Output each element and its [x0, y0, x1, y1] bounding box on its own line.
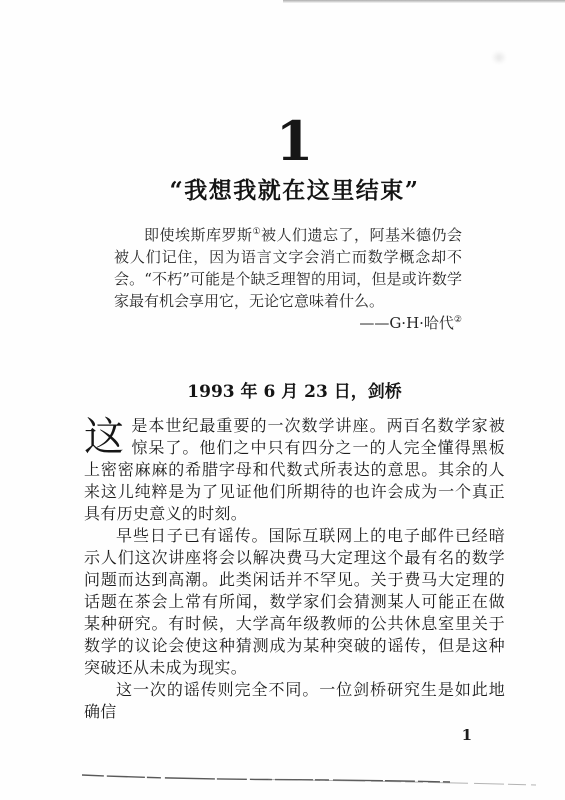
body-text: 这是本世纪最重要的一次数学讲座。两百名数学家被惊呆了。他们之中只有四分之一的人完… — [84, 415, 505, 723]
footnote-marker-2: ② — [454, 315, 462, 325]
epigraph-text-before-note: 即使埃斯库罗斯 — [144, 226, 252, 244]
attribution-name: ——G·H·哈代 — [359, 314, 454, 332]
page-content: 1 “我想我就在这里结束” 即使埃斯库罗斯①被人们遗忘了，阿基米德仍会被人们记住… — [84, 0, 505, 744]
paragraph-3: 这一次的谣传则完全不同。一位剑桥研究生是如此地确信 — [84, 679, 505, 723]
paragraph-2: 早些日子已有谣传。国际互联网上的电子邮件已经暗示人们这次讲座将会以解决费马大定理… — [84, 525, 505, 679]
epigraph-text: 即使埃斯库罗斯①被人们遗忘了，阿基米德仍会被人们记住，因为语言文字会消亡而数学概… — [114, 224, 462, 312]
page-number: 1 — [84, 726, 505, 744]
chapter-number: 1 — [84, 0, 505, 168]
chapter-title: “我想我就在这里结束” — [84, 178, 505, 204]
footnote-marker-1: ① — [252, 227, 261, 237]
paragraph-1-text: 是本世纪最重要的一次数学讲座。两百名数学家被惊呆了。他们之中只有四分之一的人完全… — [84, 416, 505, 523]
scanned-book-page: 1 “我想我就在这里结束” 即使埃斯库罗斯①被人们遗忘了，阿基米德仍会被人们记住… — [0, 0, 565, 800]
dateline-heading: 1993 年 6 月 23 日，剑桥 — [84, 381, 505, 403]
scan-bottom-edge-artifact — [68, 767, 546, 791]
epigraph-attribution: ——G·H·哈代② — [114, 312, 462, 334]
drop-cap: 这 — [84, 415, 131, 458]
epigraph: 即使埃斯库罗斯①被人们遗忘了，阿基米德仍会被人们记住，因为语言文字会消亡而数学概… — [114, 224, 462, 334]
paragraph-1: 这是本世纪最重要的一次数学讲座。两百名数学家被惊呆了。他们之中只有四分之一的人完… — [84, 415, 505, 525]
